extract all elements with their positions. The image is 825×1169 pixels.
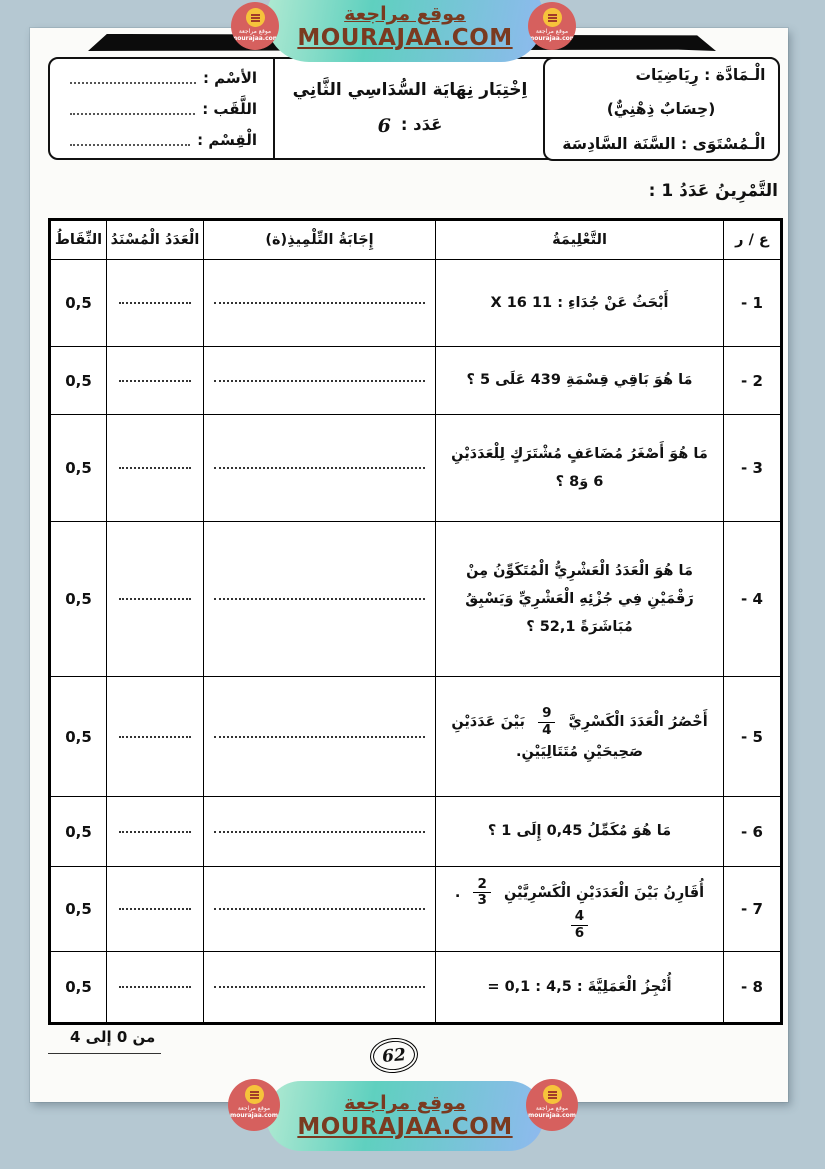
assigned-dotted-line bbox=[119, 908, 192, 910]
points-cell: 0,5 bbox=[50, 415, 107, 522]
class-label: الْقِسْم : bbox=[197, 131, 257, 149]
student-name-line: الأسْم : bbox=[70, 69, 257, 87]
site-logo-badge: موقع مراجعة mourajaa.com bbox=[231, 2, 279, 50]
site-logo-badge: موقع مراجعة mourajaa.com bbox=[526, 1079, 578, 1131]
points-cell: 0,5 bbox=[50, 797, 107, 867]
table-row: - 2مَا هُوَ بَاقِي قِسْمَةِ 439 عَلَى 5 … bbox=[50, 347, 782, 415]
answer-cell bbox=[204, 867, 436, 952]
subject-subline: (حِسَابٌ ذِهْنِيٌّ) bbox=[557, 100, 766, 118]
fraction: 94 bbox=[538, 706, 555, 738]
exam-title: اِخْتِبَار نِهَايَة السُّدَاسِي الثَّانِ… bbox=[293, 80, 528, 100]
exercise-table-body: - 1أَبْحَثُ عَنْ جُدَاءِ : 11 X 16 0,5- … bbox=[50, 260, 782, 1024]
answer-cell bbox=[204, 260, 436, 347]
fraction-denominator: 3 bbox=[473, 892, 490, 909]
points-cell: 0,5 bbox=[50, 867, 107, 952]
fraction-numerator: 2 bbox=[473, 877, 490, 893]
question-text: مَا هُوَ الْعَدَدُ الْعَشْرِيُّ الْمُتَك… bbox=[465, 563, 693, 636]
exercise-table: ع / رالتَّعْلِيمَةُإِجَابَةُ التِّلْمِيذ… bbox=[48, 218, 783, 1025]
fraction-denominator: 4 bbox=[538, 722, 555, 739]
answer-cell bbox=[204, 347, 436, 415]
question-text: أُقَارِنُ بَيْنَ الْعَدَدَيْنِ الْكَسْرِ… bbox=[504, 885, 704, 901]
question-text: أَحْصُرُ الْعَدَدَ الْكَسْرِيَّ bbox=[569, 714, 708, 730]
site-logo-badge: موقع مراجعة mourajaa.com bbox=[528, 2, 576, 50]
exercise-table-header-row: ع / رالتَّعْلِيمَةُإِجَابَةُ التِّلْمِيذ… bbox=[50, 220, 782, 260]
book-icon bbox=[245, 1085, 264, 1104]
assigned-number-cell bbox=[107, 797, 204, 867]
table-row: - 1أَبْحَثُ عَنْ جُدَاءِ : 11 X 16 0,5 bbox=[50, 260, 782, 347]
question-cell: مَا هُوَ مُكَمِّلُ 0,45 إِلَى 1 ؟ bbox=[436, 797, 724, 867]
fraction: 46 bbox=[571, 909, 588, 941]
table-row: - 4مَا هُوَ الْعَدَدُ الْعَشْرِيُّ الْمُ… bbox=[50, 522, 782, 677]
student-info-section: الأسْم : اللَّقَب : الْقِسْم : bbox=[50, 59, 273, 158]
site-banner-top[interactable]: موقع مراجعة MOURAJAA.COM bbox=[266, 0, 544, 62]
page-number: 62 bbox=[372, 1039, 416, 1072]
site-logo-badge: موقع مراجعة mourajaa.com bbox=[228, 1079, 280, 1131]
student-surname-line: اللَّقَب : bbox=[70, 100, 257, 118]
question-cell: أُنْجِزُ الْعَمَلِيَّةَ : 4,5 : 0,1 = bbox=[436, 952, 724, 1024]
answer-cell bbox=[204, 677, 436, 797]
fraction-numerator: 4 bbox=[571, 909, 588, 925]
class-fill-line bbox=[70, 144, 190, 146]
table-row: - 6مَا هُوَ مُكَمِّلُ 0,45 إِلَى 1 ؟ 0,5 bbox=[50, 797, 782, 867]
page-background: { "banner": { "site_name_ar": "موقع مراج… bbox=[0, 0, 825, 1169]
exam-number-label: عَدَد : bbox=[401, 115, 443, 137]
surname-label: اللَّقَب : bbox=[202, 100, 257, 118]
site-banner-bottom[interactable]: موقع مراجعة MOURAJAA.COM bbox=[266, 1081, 544, 1151]
question-text: مَا هُوَ مُكَمِّلُ 0,45 إِلَى 1 ؟ bbox=[488, 823, 671, 839]
row-number: - 7 bbox=[724, 867, 782, 952]
surname-fill-line bbox=[70, 113, 195, 115]
exam-title-section: اِخْتِبَار نِهَايَة السُّدَاسِي الثَّانِ… bbox=[273, 59, 545, 158]
assigned-number-cell bbox=[107, 867, 204, 952]
answer-dotted-line bbox=[214, 908, 424, 910]
question-cell: مَا هُوَ الْعَدَدُ الْعَشْرِيُّ الْمُتَك… bbox=[436, 522, 724, 677]
column-header: ع / ر bbox=[724, 220, 782, 260]
level-line: الْـمُسْتَوَى : السَّنَة السَّادِسَة bbox=[557, 135, 766, 153]
answer-dotted-line bbox=[214, 302, 424, 304]
column-header: إِجَابَةُ التِّلْمِيذِ(ة) bbox=[204, 220, 436, 260]
assigned-dotted-line bbox=[119, 380, 192, 382]
column-header: النِّقَاطُ bbox=[50, 220, 107, 260]
name-fill-line bbox=[70, 82, 196, 84]
column-header: الْعَدَدُ الْمُسْنَدُ bbox=[107, 220, 204, 260]
column-header: التَّعْلِيمَةُ bbox=[436, 220, 724, 260]
question-text: . bbox=[455, 885, 461, 901]
assigned-dotted-line bbox=[119, 986, 192, 988]
assigned-number-cell bbox=[107, 260, 204, 347]
question-text: أُنْجِزُ الْعَمَلِيَّةَ : 4,5 : 0,1 = bbox=[487, 979, 671, 995]
question-cell: أَبْحَثُ عَنْ جُدَاءِ : 11 X 16 bbox=[436, 260, 724, 347]
points-cell: 0,5 bbox=[50, 677, 107, 797]
question-cell: أُقَارِنُ بَيْنَ الْعَدَدَيْنِ الْكَسْرِ… bbox=[436, 867, 724, 952]
points-cell: 0,5 bbox=[50, 260, 107, 347]
assigned-dotted-line bbox=[119, 467, 192, 469]
subject-line: الْـمَادَّة : رِيَاضِيَات bbox=[557, 66, 766, 84]
book-icon bbox=[543, 8, 562, 27]
answer-dotted-line bbox=[214, 380, 424, 382]
exam-sheet: الْـمَادَّة : رِيَاضِيَات (حِسَابٌ ذِهْن… bbox=[30, 28, 788, 1102]
book-icon bbox=[543, 1085, 562, 1104]
points-cell: 0,5 bbox=[50, 952, 107, 1024]
answer-dotted-line bbox=[214, 467, 424, 469]
question-text: أَبْحَثُ عَنْ جُدَاءِ : 11 X 16 bbox=[490, 295, 668, 311]
name-label: الأسْم : bbox=[203, 69, 257, 87]
exam-number: عَدَد : 6 bbox=[378, 115, 443, 137]
table-row: - 8أُنْجِزُ الْعَمَلِيَّةَ : 4,5 : 0,1 =… bbox=[50, 952, 782, 1024]
assigned-dotted-line bbox=[119, 598, 192, 600]
question-cell: مَا هُوَ بَاقِي قِسْمَةِ 439 عَلَى 5 ؟ bbox=[436, 347, 724, 415]
row-number: - 1 bbox=[724, 260, 782, 347]
assigned-number-cell bbox=[107, 347, 204, 415]
student-class-line: الْقِسْم : bbox=[70, 131, 257, 149]
exam-number-value: 6 bbox=[378, 115, 391, 137]
assigned-number-cell bbox=[107, 677, 204, 797]
table-row: - 3مَا هُوَ أَصْغَرُ مُضَاعَفٍ مُشْتَرَك… bbox=[50, 415, 782, 522]
exam-header-box: الْـمَادَّة : رِيَاضِيَات (حِسَابٌ ذِهْن… bbox=[48, 57, 779, 160]
exercise-heading: التَّمْرِينُ عَدَدُ 1 : bbox=[649, 181, 778, 201]
row-number: - 4 bbox=[724, 522, 782, 677]
points-cell: 0,5 bbox=[50, 522, 107, 677]
table-row: - 7أُقَارِنُ بَيْنَ الْعَدَدَيْنِ الْكَس… bbox=[50, 867, 782, 952]
question-cell: مَا هُوَ أَصْغَرُ مُضَاعَفٍ مُشْتَرَكٍ ل… bbox=[436, 415, 724, 522]
fraction: 23 bbox=[473, 877, 490, 909]
assigned-dotted-line bbox=[119, 831, 192, 833]
points-cell: 0,5 bbox=[50, 347, 107, 415]
answer-dotted-line bbox=[214, 736, 424, 738]
answer-dotted-line bbox=[214, 831, 424, 833]
site-domain: MOURAJAA.COM bbox=[297, 25, 512, 51]
answer-cell bbox=[204, 952, 436, 1024]
question-cell: أَحْصُرُ الْعَدَدَ الْكَسْرِيَّ 94 بَيْن… bbox=[436, 677, 724, 797]
question-text: مَا هُوَ أَصْغَرُ مُضَاعَفٍ مُشْتَرَكٍ ل… bbox=[451, 446, 708, 490]
site-name-arabic: موقع مراجعة bbox=[344, 3, 466, 25]
book-icon bbox=[246, 8, 265, 27]
answer-dotted-line bbox=[214, 986, 424, 988]
answer-cell bbox=[204, 522, 436, 677]
row-number: - 2 bbox=[724, 347, 782, 415]
scale-note: من 0 إلى 4 bbox=[48, 1028, 161, 1054]
question-text: مَا هُوَ بَاقِي قِسْمَةِ 439 عَلَى 5 ؟ bbox=[466, 372, 692, 388]
row-number: - 5 bbox=[724, 677, 782, 797]
assigned-dotted-line bbox=[119, 736, 192, 738]
assigned-number-cell bbox=[107, 522, 204, 677]
fraction-denominator: 6 bbox=[571, 925, 588, 942]
assigned-number-cell bbox=[107, 952, 204, 1024]
subject-section: الْـمَادَّة : رِيَاضِيَات (حِسَابٌ ذِهْن… bbox=[543, 57, 780, 161]
row-number: - 8 bbox=[724, 952, 782, 1024]
answer-cell bbox=[204, 797, 436, 867]
answer-cell bbox=[204, 415, 436, 522]
fraction-numerator: 9 bbox=[538, 706, 555, 722]
row-number: - 6 bbox=[724, 797, 782, 867]
row-number: - 3 bbox=[724, 415, 782, 522]
assigned-number-cell bbox=[107, 415, 204, 522]
site-domain: MOURAJAA.COM bbox=[297, 1114, 512, 1140]
site-name-arabic: موقع مراجعة bbox=[344, 1092, 466, 1114]
answer-dotted-line bbox=[214, 598, 424, 600]
table-row: - 5أَحْصُرُ الْعَدَدَ الْكَسْرِيَّ 94 بَ… bbox=[50, 677, 782, 797]
assigned-dotted-line bbox=[119, 302, 192, 304]
